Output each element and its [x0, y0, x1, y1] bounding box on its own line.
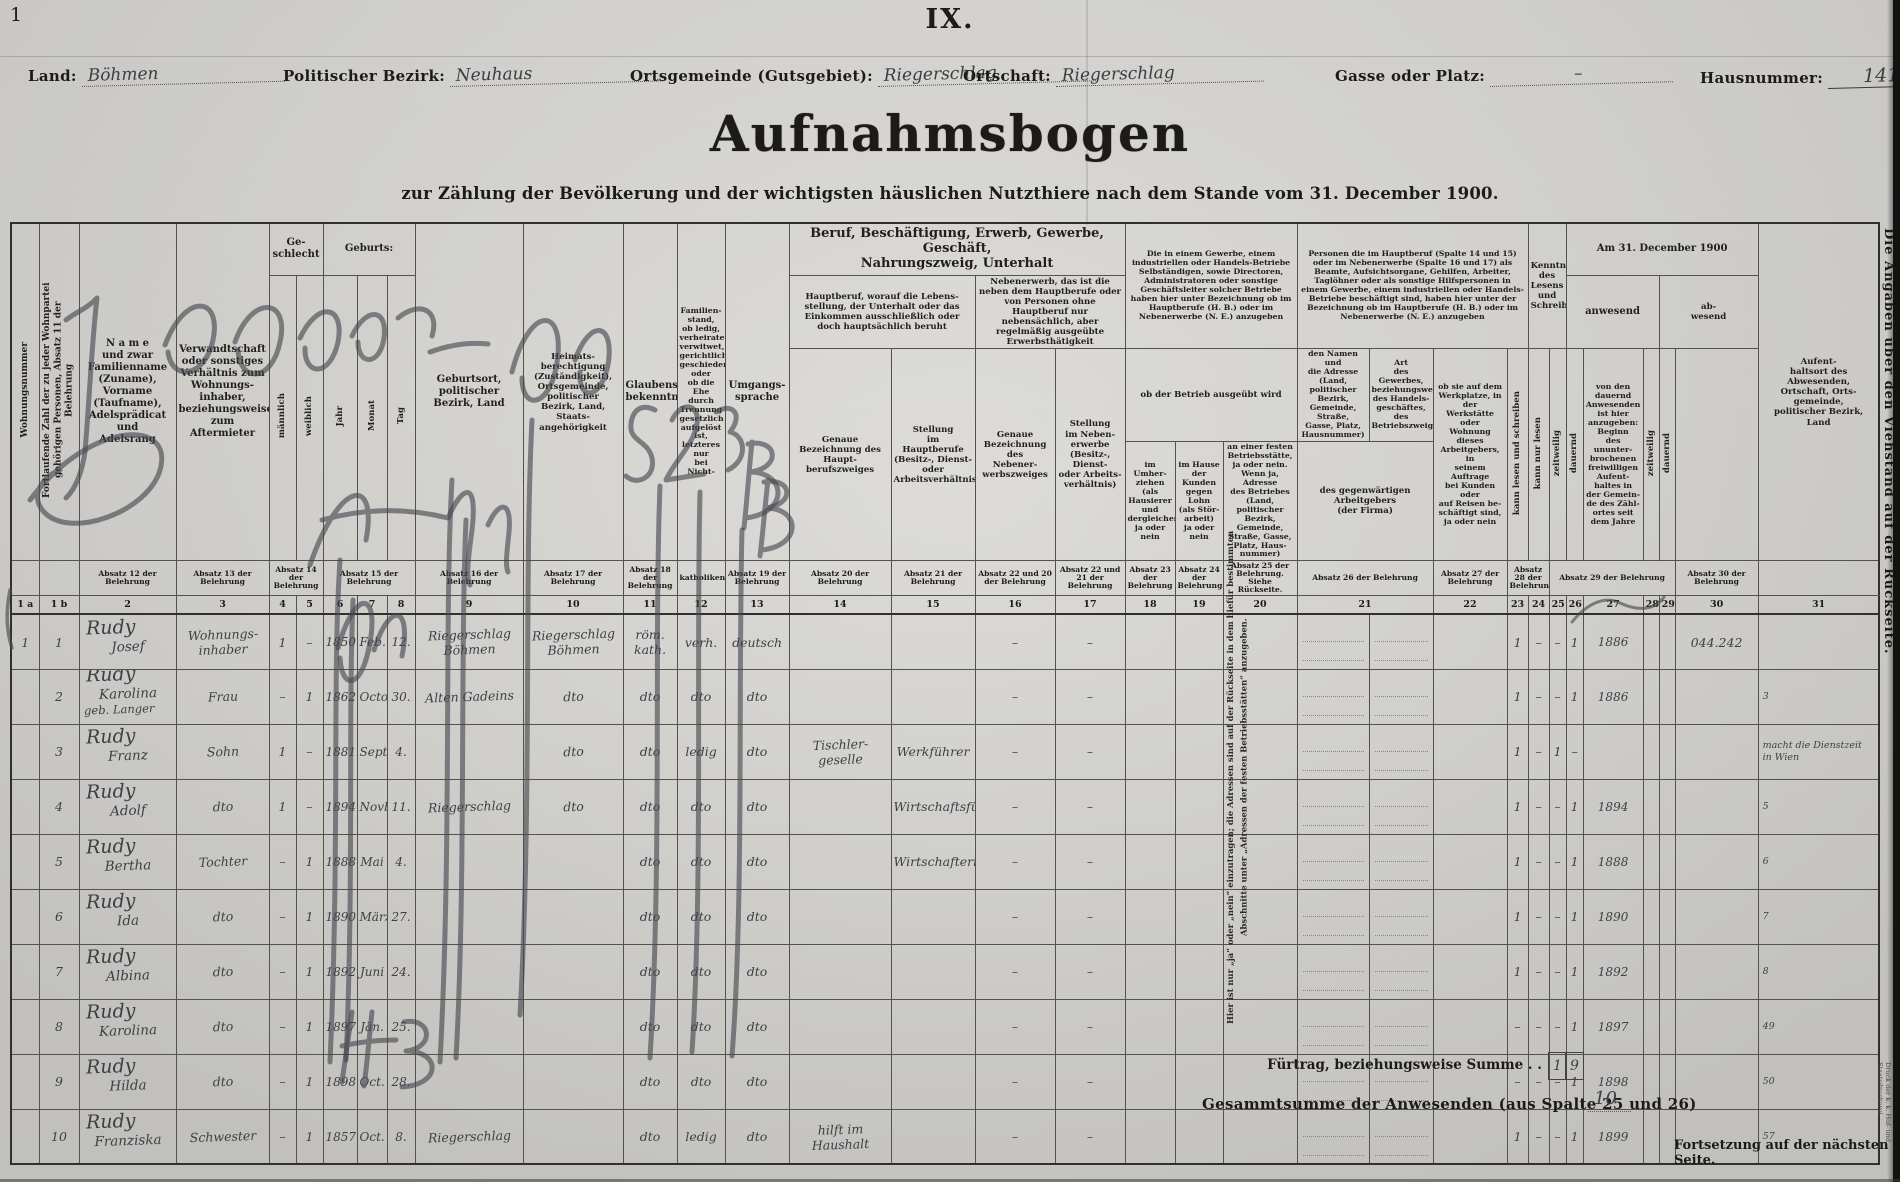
cell-glaubensbekenntnis: dto: [623, 834, 677, 889]
col-im-umherziehen: im Umher- ziehen (als Hausierer und derg…: [1125, 442, 1175, 561]
cell-laufende-zahl: 9: [39, 1054, 79, 1109]
cell-heimatsberechtigung: dto: [523, 779, 623, 834]
cell-wohnungsnummer: [11, 944, 39, 999]
cell-weiblich: 1: [296, 999, 323, 1054]
cell-arbeitgeber-adresse: [1297, 944, 1369, 999]
cell-anwesend-dauernd: 1: [1566, 999, 1583, 1054]
cell-art-gewerbe: [1369, 999, 1433, 1054]
footnote-sprache: Absatz 19 der Belehrung: [725, 561, 789, 596]
cell-heimat-1: dto: [525, 688, 620, 706]
cell-geburtsjahr: 1892: [323, 944, 357, 999]
group-anwesend: anwesend: [1566, 275, 1659, 349]
cell-vorname: Adolf: [81, 802, 174, 821]
cell-hauptberuf-2: [792, 1025, 889, 1028]
cell-stellung-nebenerwerb: –: [1055, 999, 1125, 1054]
cell-geburtsjahr: 1862: [323, 669, 357, 724]
cell-maennlich: 1: [269, 724, 296, 779]
cell-glaubensbekenntnis: röm. kath.: [623, 614, 677, 669]
cell-anwesend-dauernd: 1: [1566, 889, 1583, 944]
cell-verwandtschaft-2: inhaber: [178, 641, 266, 659]
group-gewerbe-betrieb: Die in einem Gewerbe, einem industrielle…: [1125, 223, 1297, 349]
cell-geburtsort-2: Böhmen: [417, 640, 520, 659]
cell-laufende-zahl: 10: [39, 1109, 79, 1164]
cell-wohnungsnummer: [11, 724, 39, 779]
cell-heimat-1: [526, 1025, 621, 1028]
census-form-page: 1 IX. Land: Böhmen Politischer Bezirk: N…: [0, 0, 1900, 1182]
col-arbeitgeber-name-adresse: den Namen und die Adresse (Land, politis…: [1297, 349, 1369, 442]
col-stellung-nebenerwerb: Stellung im Neben- erwerbe (Besitz-, Die…: [1055, 349, 1125, 561]
colnum: 31: [1758, 596, 1879, 615]
cell-werkplatz: [1433, 889, 1507, 944]
cell-stellung-nebenerwerb: –: [1055, 1109, 1125, 1164]
footnote-werkplatz: Absatz 27 der Belehrung: [1433, 561, 1507, 596]
cell-hauptberuf: [789, 614, 891, 669]
cell-kann-lesen-schreiben: 1: [1507, 1109, 1528, 1164]
cell-hause-kunden: [1175, 1109, 1223, 1164]
colnum: 16: [975, 596, 1055, 615]
footnote-nebenerwerb: Absatz 22 und 20 der Belehrung: [975, 561, 1055, 596]
group-geschlecht: Ge- schlecht: [269, 223, 323, 275]
cell-anwesend-dauernd: 1: [1566, 834, 1583, 889]
cell-geburtstag: 8.: [387, 1109, 415, 1164]
cell-weiblich: 1: [296, 1109, 323, 1164]
cell-nebenerwerb: –: [975, 889, 1055, 944]
cell-anmerkung-1: 6: [1761, 856, 1877, 867]
cell-verwandtschaft: Sohn: [176, 724, 269, 779]
cell-abwesend-zeitweilig: [1643, 834, 1659, 889]
cell-geburtsmonat: Sept.: [357, 724, 387, 779]
cell-glaubensbekenntnis: dto: [623, 1109, 677, 1164]
cell-name: Rudy Bertha: [79, 834, 176, 889]
cell-familienname: Rudy: [85, 999, 174, 1024]
cell-geburtsmonat: Mai: [357, 834, 387, 889]
cell-anwesend-zeitweilig: –: [1549, 779, 1566, 834]
cell-hauptberuf-2: [792, 1080, 889, 1083]
cell-hauptberuf-2: [792, 970, 889, 973]
cell-heimat-2: [526, 1080, 621, 1083]
cell-verwandtschaft-1: dto: [178, 798, 266, 816]
cell-geburtsmonat: März: [357, 889, 387, 944]
cell-geburtsort-2: [418, 860, 521, 864]
column-number-row: 1 a 1 b 2 3 4 5 6 7 8 9 10 11 12 13 14 1…: [11, 596, 1879, 615]
colnum: 18: [1125, 596, 1175, 615]
cell-weiblich: 1: [296, 669, 323, 724]
census-table-body: 1 1 Rudy Josef Wohnungs- inhaber 1 – 185…: [11, 614, 1879, 1164]
colnum: 21: [1297, 596, 1433, 615]
cell-geburtsort: [415, 999, 523, 1054]
cell-glaubensbekenntnis: dto: [623, 1054, 677, 1109]
cell-maennlich: 1: [269, 614, 296, 669]
cell-heimat-1: [526, 970, 621, 973]
cell-maennlich: –: [269, 669, 296, 724]
cell-umherziehen: [1125, 834, 1175, 889]
cell-hauptberuf: [789, 779, 891, 834]
cell-hauptberuf-1: [792, 860, 889, 863]
cell-arbeitgeber-adresse: [1297, 834, 1369, 889]
cell-laufende-zahl: 7: [39, 944, 79, 999]
col-im-hause-der-kunden: im Hause der Kunden gegen Lohn (als Stör…: [1175, 442, 1223, 561]
table-row: 3 Rudy Franz Sohn 1 – 1881 Sept. 4. dto: [11, 724, 1879, 779]
colnum: 1 b: [39, 596, 79, 615]
cell-geburtsort-1: Riegerschlag: [417, 1127, 520, 1146]
cell-heimatsberechtigung: [523, 1054, 623, 1109]
cell-geburtsmonat: Novb.: [357, 779, 387, 834]
cell-hause-kunden: [1175, 999, 1223, 1054]
cell-umherziehen: [1125, 779, 1175, 834]
col-abwesend-dauernd: dauernd: [1659, 349, 1675, 561]
cell-stellung-hauptberuf: [891, 614, 975, 669]
cell-umherziehen: [1125, 1109, 1175, 1164]
cell-aufenthalt-seit: [1583, 724, 1643, 779]
cell-heimatsberechtigung: [523, 834, 623, 889]
table-row: 10 Rudy Franziska Schwester – 1 1857 Oct…: [11, 1109, 1879, 1164]
cell-heimat-2: [526, 860, 621, 863]
col-wohnungsnummer-label: Wohnungsnummer: [20, 342, 31, 438]
cell-kann-lesen-schreiben: 1: [1507, 724, 1528, 779]
footnote-stellung-hb: Absatz 21 der Belehrung: [891, 561, 975, 596]
cell-abwesend-zeitweilig: [1643, 1109, 1659, 1164]
col-kann-nur-lesen: kann nur lesen: [1528, 349, 1549, 561]
cell-anmerkung-1: 7: [1761, 911, 1877, 922]
cell-verwandtschaft-1: Frau: [178, 688, 266, 706]
cell-familienstand: dto: [677, 1054, 725, 1109]
colnum: 28: [1643, 596, 1659, 615]
cell-heimat-1: [526, 1080, 621, 1083]
cell-umherziehen: [1125, 999, 1175, 1054]
cell-vorname: Ida: [81, 912, 174, 931]
cell-art-gewerbe: [1369, 944, 1433, 999]
cell-heimat-2: [526, 1025, 621, 1028]
cell-geburtstag: 4.: [387, 724, 415, 779]
cell-nebenerwerb: –: [975, 669, 1055, 724]
colnum: 5: [296, 596, 323, 615]
cell-geburtsort: Riegerschlag: [415, 1109, 523, 1164]
cell-geburtsjahr: 1857: [323, 1109, 357, 1164]
col-maennlich-label: männlich: [277, 393, 288, 438]
cell-name: Rudy Adolf: [79, 779, 176, 834]
cell-hauptberuf: [789, 1054, 891, 1109]
col-laufende-zahl-label: Fortlaufende Zahl der zu jeder Wohnparte…: [42, 275, 76, 505]
cell-aufenthalt-seit: 1886: [1583, 669, 1643, 724]
form-subtitle: zur Zählung der Bevölkerung und der wich…: [401, 184, 1498, 203]
cell-anmerkung: 49: [1758, 999, 1879, 1054]
col-anwesend-zeitweilig-label: zeitweilig: [1552, 430, 1563, 476]
colnum: 24: [1528, 596, 1549, 615]
cell-hauptberuf: [789, 944, 891, 999]
cell-nebenerwerb: –: [975, 614, 1055, 669]
cell-nebenerwerb: –: [975, 1054, 1055, 1109]
cell-nebenerwerb: –: [975, 724, 1055, 779]
col-weiblich: weiblich: [296, 275, 323, 561]
cell-weiblich: 1: [296, 889, 323, 944]
cell-anmerkung: 6: [1758, 834, 1879, 889]
colnum: 30: [1675, 596, 1758, 615]
cell-verwandtschaft: dto: [176, 944, 269, 999]
col-stellung-hauptberuf: Stellung im Hauptberufe (Besitz-, Dienst…: [891, 349, 975, 561]
cell-vorname: Josef: [81, 637, 174, 656]
cell-geburtsjahr: 1897: [323, 999, 357, 1054]
cell-hauptberuf: Tischler- geselle: [789, 724, 891, 779]
cell-kann-nur-lesen: –: [1528, 889, 1549, 944]
cell-arbeitgeber-adresse: [1297, 1109, 1369, 1164]
cell-hauptberuf-2: [792, 640, 889, 643]
cell-stellung-nebenerwerb: –: [1055, 944, 1125, 999]
colnum: 25: [1549, 596, 1566, 615]
cell-hauptberuf-2: [792, 860, 889, 863]
footnote-hauptberuf: Absatz 20 der Belehrung: [789, 561, 891, 596]
cell-geburtsjahr: 1894: [323, 779, 357, 834]
cell-anwesend-zeitweilig: –: [1549, 614, 1566, 669]
cell-geburtstag: 24.: [387, 944, 415, 999]
field-ortsgemeinde-label: Ortsgemeinde (Gutsgebiet):: [630, 67, 873, 85]
cell-wohnungsnummer: [11, 834, 39, 889]
cell-name: Rudy Ida: [79, 889, 176, 944]
cell-abwesend-dauernd: [1659, 999, 1675, 1054]
cell-aufenthaltsort: [1675, 669, 1758, 724]
fuertrag-label: Fürtrag, beziehungsweise Summe . .: [1150, 1057, 1542, 1073]
cell-laufende-zahl: 3: [39, 724, 79, 779]
cell-weiblich: –: [296, 779, 323, 834]
footnote-aufenthaltsort: Absatz 30 der Belehrung: [1675, 561, 1758, 596]
cell-geburtsort: [415, 1054, 523, 1109]
colnum: 19: [1175, 596, 1223, 615]
col-familienstand: Familien- stand, ob ledig, verheiratet, …: [677, 223, 725, 561]
cell-verwandtschaft: Wohnungs- inhaber: [176, 614, 269, 669]
cell-geburtsort: [415, 944, 523, 999]
field-politischer-bezirk: Politischer Bezirk: Neuhaus: [283, 66, 663, 87]
colnum: 15: [891, 596, 975, 615]
cell-geburtsort-2: [418, 1080, 521, 1084]
cell-wohnungsnummer: [11, 889, 39, 944]
cell-anwesend-dauernd: –: [1566, 724, 1583, 779]
col-anwesend-zeitweilig: zeitweilig: [1549, 349, 1566, 561]
cell-anwesend-zeitweilig: 1: [1549, 724, 1566, 779]
group-nebenerwerb: Nebenerwerb, das ist die neben dem Haupt…: [975, 275, 1125, 349]
cell-stellung-hauptberuf: Wirtschafterin: [891, 834, 975, 889]
cell-art-gewerbe: [1369, 889, 1433, 944]
cell-anwesend-zeitweilig: –: [1549, 999, 1566, 1054]
cell-hause-kunden: [1175, 614, 1223, 669]
cell-weiblich: 1: [296, 834, 323, 889]
form-title: Aufnahmsbogen: [710, 104, 1190, 163]
footnote-empty: [11, 561, 39, 596]
col-laufende-zahl: Fortlaufende Zahl der zu jeder Wohnparte…: [39, 223, 79, 561]
cell-glaubensbekenntnis: dto: [623, 999, 677, 1054]
cell-geburtstag: 11.: [387, 779, 415, 834]
cell-werkplatz: [1433, 1109, 1507, 1164]
cell-abwesend-dauernd: [1659, 669, 1675, 724]
cell-abwesend-dauernd: [1659, 724, 1675, 779]
footnote-umherziehen: Absatz 23 der Belehrung: [1125, 561, 1175, 596]
cell-verwandtschaft: Tochter: [176, 834, 269, 889]
cell-geburtsjahr: 1890: [323, 889, 357, 944]
footnote-lesen: Absatz 28 der Belehrung: [1507, 561, 1549, 596]
cell-arbeitgeber-adresse: [1297, 614, 1369, 669]
cell-laufende-zahl: 8: [39, 999, 79, 1054]
cell-verwandtschaft: Schwester: [176, 1109, 269, 1164]
cell-kann-nur-lesen: –: [1528, 834, 1549, 889]
cell-kann-nur-lesen: –: [1528, 669, 1549, 724]
colnum: 8: [387, 596, 415, 615]
cell-geburtsort-2: [418, 970, 521, 974]
cell-hauptberuf-2: geselle: [791, 750, 888, 768]
cell-geburtsort-1: [418, 1025, 521, 1029]
field-land: Land: Böhmen: [28, 66, 285, 87]
cell-geburtsort: [415, 724, 523, 779]
col-abwesend-dauernd-label: dauernd: [1662, 433, 1673, 473]
cell-anmerkung-1: 5: [1761, 801, 1877, 812]
cell-wohnungsnummer: [11, 999, 39, 1054]
cell-hauptberuf: [789, 834, 891, 889]
cell-heimatsberechtigung: dto: [523, 724, 623, 779]
cell-vorname: Hilda: [81, 1077, 174, 1096]
cell-name: Rudy Karolina: [79, 999, 176, 1054]
cell-abwesend-dauernd: [1659, 944, 1675, 999]
cell-geburtsmonat: Juni: [357, 944, 387, 999]
cell-hauptberuf-1: [792, 640, 889, 643]
group-beruf: Beruf, Beschäftigung, Erwerb, Gewerbe, G…: [789, 223, 1125, 275]
cell-geburtsmonat: Jän.: [357, 999, 387, 1054]
cell-hauptberuf: hilft im Haushalt: [789, 1109, 891, 1164]
field-hausnummer-label: Hausnummer:: [1700, 69, 1823, 87]
cell-familienname: Rudy: [85, 889, 174, 914]
group-geburt: Geburts:: [323, 223, 415, 275]
cell-heimat-2: [526, 1135, 621, 1138]
cell-hauptberuf: [789, 999, 891, 1054]
cell-nebenerwerb: –: [975, 999, 1055, 1054]
col-weiblich-label: weiblich: [304, 396, 315, 436]
cell-geburtstag: 4.: [387, 834, 415, 889]
cell-laufende-zahl: 4: [39, 779, 79, 834]
cell-geburtsort: [415, 834, 523, 889]
cell-stellung-hauptberuf: [891, 889, 975, 944]
cell-maennlich: –: [269, 889, 296, 944]
cell-stellung-nebenerwerb: –: [1055, 779, 1125, 834]
cell-aufenthaltsort: [1675, 999, 1758, 1054]
cell-stellung-hauptberuf: [891, 999, 975, 1054]
cell-name: Rudy Albina: [79, 944, 176, 999]
cell-stellung-hauptberuf: [891, 1054, 975, 1109]
col-werkplatz: ob sie auf dem Werkplatze, in der Werkst…: [1433, 349, 1507, 561]
cell-weiblich: –: [296, 614, 323, 669]
col-maennlich: männlich: [269, 275, 296, 561]
cell-werkplatz: [1433, 834, 1507, 889]
field-gasse-value: –: [1490, 61, 1673, 87]
cell-hauptberuf-1: [792, 915, 889, 918]
table-row: 2 Rudy Karolina geb. Langer Frau – 1 186…: [11, 669, 1879, 724]
cell-umgangssprache: dto: [725, 669, 789, 724]
cell-verwandtschaft: dto: [176, 779, 269, 834]
cell-geburtsort-1: [418, 1080, 521, 1084]
cell-abwesend-dauernd: [1659, 1109, 1675, 1164]
cell-weiblich: 1: [296, 944, 323, 999]
cell-abwesend-zeitweilig: [1643, 724, 1659, 779]
group-abwesend: ab- wesend: [1659, 275, 1758, 349]
group-kenntnis-lesen: Kenntnis des Lesens und Schreibens: [1528, 223, 1566, 349]
cell-geburtsort-1: Alten Gadeins: [417, 687, 520, 706]
cell-anmerkung: 5: [1758, 779, 1879, 834]
cell-anwesend-zeitweilig: –: [1549, 889, 1566, 944]
col-name: N a m e und zwar Familienname (Zuname), …: [79, 223, 176, 561]
cell-name: Rudy Josef: [79, 614, 176, 669]
cell-abwesend-dauernd: [1659, 834, 1675, 889]
cell-hause-kunden: [1175, 889, 1223, 944]
footnote-anwesend: Absatz 29 der Belehrung: [1549, 561, 1675, 596]
cell-werkplatz: [1433, 779, 1507, 834]
cell-kann-lesen-schreiben: 1: [1507, 614, 1528, 669]
cell-heimat-1: [526, 1135, 621, 1138]
cell-abwesend-zeitweilig: [1643, 614, 1659, 669]
col-hauptberufszweig: Genaue Bezeichnung des Haupt- berufszwei…: [789, 349, 891, 561]
colnum: 3: [176, 596, 269, 615]
cell-abwesend-dauernd: [1659, 614, 1675, 669]
cell-heimat-1: [526, 915, 621, 918]
cell-glaubensbekenntnis: dto: [623, 669, 677, 724]
cell-stellung-nebenerwerb: –: [1055, 889, 1125, 944]
cell-vorname: Franz: [81, 747, 174, 766]
cell-laufende-zahl: 1: [39, 614, 79, 669]
cell-anmerkung: macht die Dienstzeit in Wien: [1758, 724, 1879, 779]
cell-geburtsort-1: [418, 860, 521, 864]
cell-aufenthaltsort: [1675, 889, 1758, 944]
footnote-name: Absatz 12 der Belehrung: [79, 561, 176, 596]
colnum: 22: [1433, 596, 1507, 615]
cell-familienstand: dto: [677, 889, 725, 944]
col-aufenthalt-beginn: von den dauernd Anwesenden ist hier anzu…: [1583, 349, 1643, 561]
cell-stellung-nebenerwerb: –: [1055, 614, 1125, 669]
cell-maennlich: –: [269, 999, 296, 1054]
cell-anmerkung: 50: [1758, 1054, 1879, 1109]
cell-umgangssprache: deutsch: [725, 614, 789, 669]
col-geburtsort: Geburtsort, politischer Bezirk, Land: [415, 223, 523, 561]
colnum: 2: [79, 596, 176, 615]
cell-stellung-nebenerwerb: –: [1055, 724, 1125, 779]
cell-hauptberuf-1: [792, 1080, 889, 1083]
cell-anwesend-zeitweilig: –: [1549, 1109, 1566, 1164]
cell-verwandtschaft-1: Sohn: [178, 743, 266, 761]
cell-verwandtschaft-1: dto: [178, 1073, 266, 1091]
cell-familienstand: dto: [677, 779, 725, 834]
footnote-glauben: Absatz 18 der Belehrung: [623, 561, 677, 596]
paper-fold-line-horizontal: [0, 56, 1900, 57]
gesamtsumme-value: 10: [1588, 1088, 1631, 1112]
col-umgangssprache: Umgangs- sprache: [725, 223, 789, 561]
col-glaubensbekenntnis: Glaubens- bekenntnis: [623, 223, 677, 561]
col-geburtsmonat: Monat: [357, 275, 387, 561]
cell-anwesend-zeitweilig: –: [1549, 669, 1566, 724]
cell-familienname: Rudy: [85, 1054, 174, 1079]
cell-familienname: Rudy: [85, 944, 174, 969]
cell-anmerkung-1: 3: [1761, 691, 1877, 702]
cell-glaubensbekenntnis: dto: [623, 724, 677, 779]
cell-wohnungsnummer: [11, 1054, 39, 1109]
footnote-arbeitgeber: Absatz 26 der Belehrung: [1297, 561, 1433, 596]
table-row: 8 Rudy Karolina dto – 1 1897 Jän. 25.: [11, 999, 1879, 1054]
cell-art-gewerbe: [1369, 614, 1433, 669]
cell-geburtsjahr: 1850: [323, 614, 357, 669]
colnum: 29: [1659, 596, 1675, 615]
col-kann-lesen-schreiben: kann lesen und schreiben: [1507, 349, 1528, 561]
cell-geburtstag: 27.: [387, 889, 415, 944]
cell-maennlich: –: [269, 944, 296, 999]
cell-anwesend-dauernd: 1: [1566, 669, 1583, 724]
cell-geburtsort: [415, 889, 523, 944]
cell-maennlich: 1: [269, 779, 296, 834]
footnote-geburt: Absatz 15 der Belehrung: [323, 561, 415, 596]
cell-umgangssprache: dto: [725, 944, 789, 999]
cell-familienname: Rudy: [85, 834, 174, 859]
colnum: 9: [415, 596, 523, 615]
